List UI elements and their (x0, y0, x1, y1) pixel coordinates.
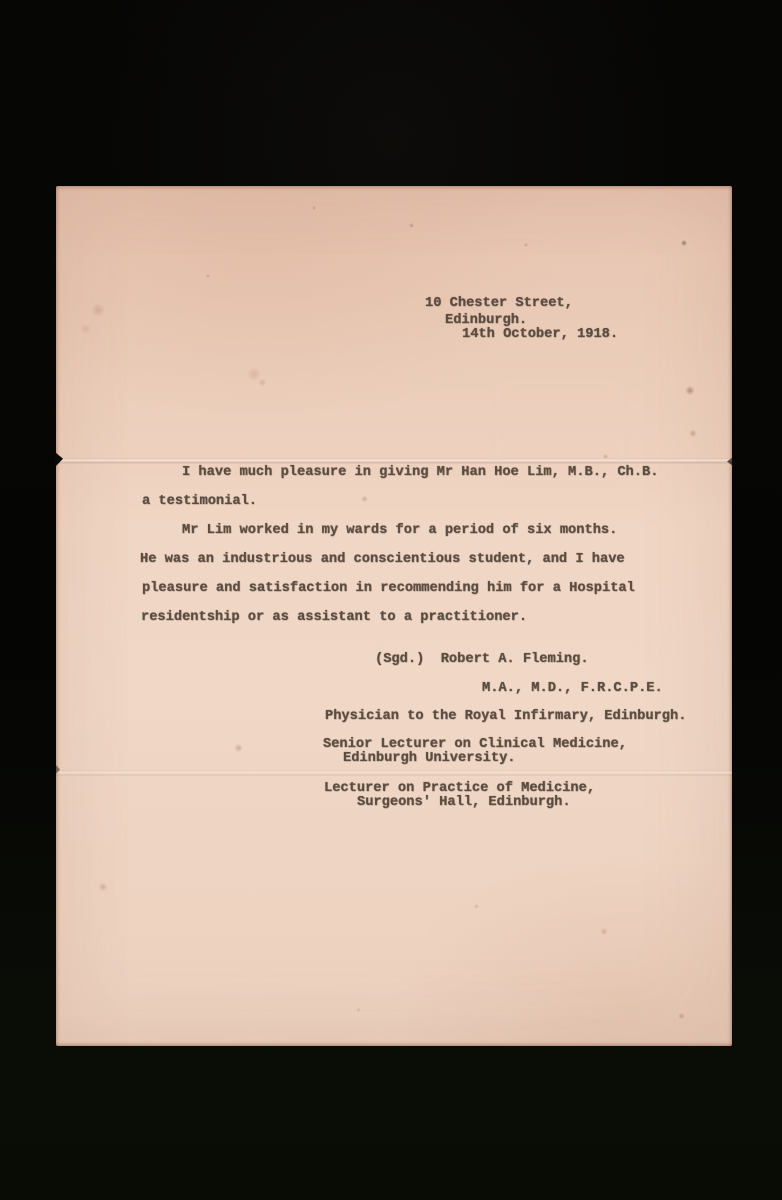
body-line-5: pleasure and satisfaction in recommendin… (142, 581, 635, 597)
fold-notch-left (55, 452, 63, 467)
stain-spot (409, 223, 414, 228)
stain-spot (312, 206, 316, 210)
stain-spot (80, 324, 92, 334)
stain-spot (689, 430, 697, 437)
stain-spot (246, 368, 262, 380)
signature-line-physician: Physician to the Royal Infirmary, Edinbu… (325, 709, 686, 725)
stain-spot (98, 883, 108, 891)
body-line-6: residentship or as assistant to a practi… (141, 610, 527, 626)
stain-spot (685, 386, 695, 395)
stain-spot (681, 240, 687, 246)
body-line-1: I have much pleasure in giving Mr Han Ho… (182, 465, 658, 481)
signature-line-degrees: M.A., M.D., F.R.C.P.E. (482, 681, 663, 697)
signature-line-sgd: (Sgd.) Robert A. Fleming. (375, 652, 589, 668)
stain-spot (678, 1013, 685, 1019)
fold-crease-lower (56, 770, 732, 776)
photo-background: 10 Chester Street, Edinburgh. 14th Octob… (0, 0, 782, 1200)
stain-spot (603, 454, 608, 459)
body-line-4: He was an industrious and conscientious … (140, 552, 625, 568)
stain-spot (356, 1008, 361, 1012)
body-line-3: Mr Lim worked in my wards for a period o… (182, 523, 617, 539)
stain-spot (361, 496, 368, 502)
signature-line-university: Edinburgh University. (343, 751, 516, 767)
letter-paper: 10 Chester Street, Edinburgh. 14th Octob… (56, 186, 732, 1046)
stain-spot (600, 928, 608, 935)
date-line: 14th October, 1918. (462, 327, 618, 343)
stain-spot (234, 744, 243, 752)
fold-crease-upper (56, 458, 732, 464)
stain-spot (524, 243, 528, 247)
body-line-2: a testimonial. (142, 494, 257, 510)
stain-spot (258, 379, 267, 386)
stain-spot (206, 274, 210, 278)
address-line-1: 10 Chester Street, (425, 296, 573, 312)
stain-spot (474, 904, 479, 909)
stain-spot (90, 304, 106, 316)
signature-line-surgeons-hall: Surgeons' Hall, Edinburgh. (357, 795, 571, 811)
